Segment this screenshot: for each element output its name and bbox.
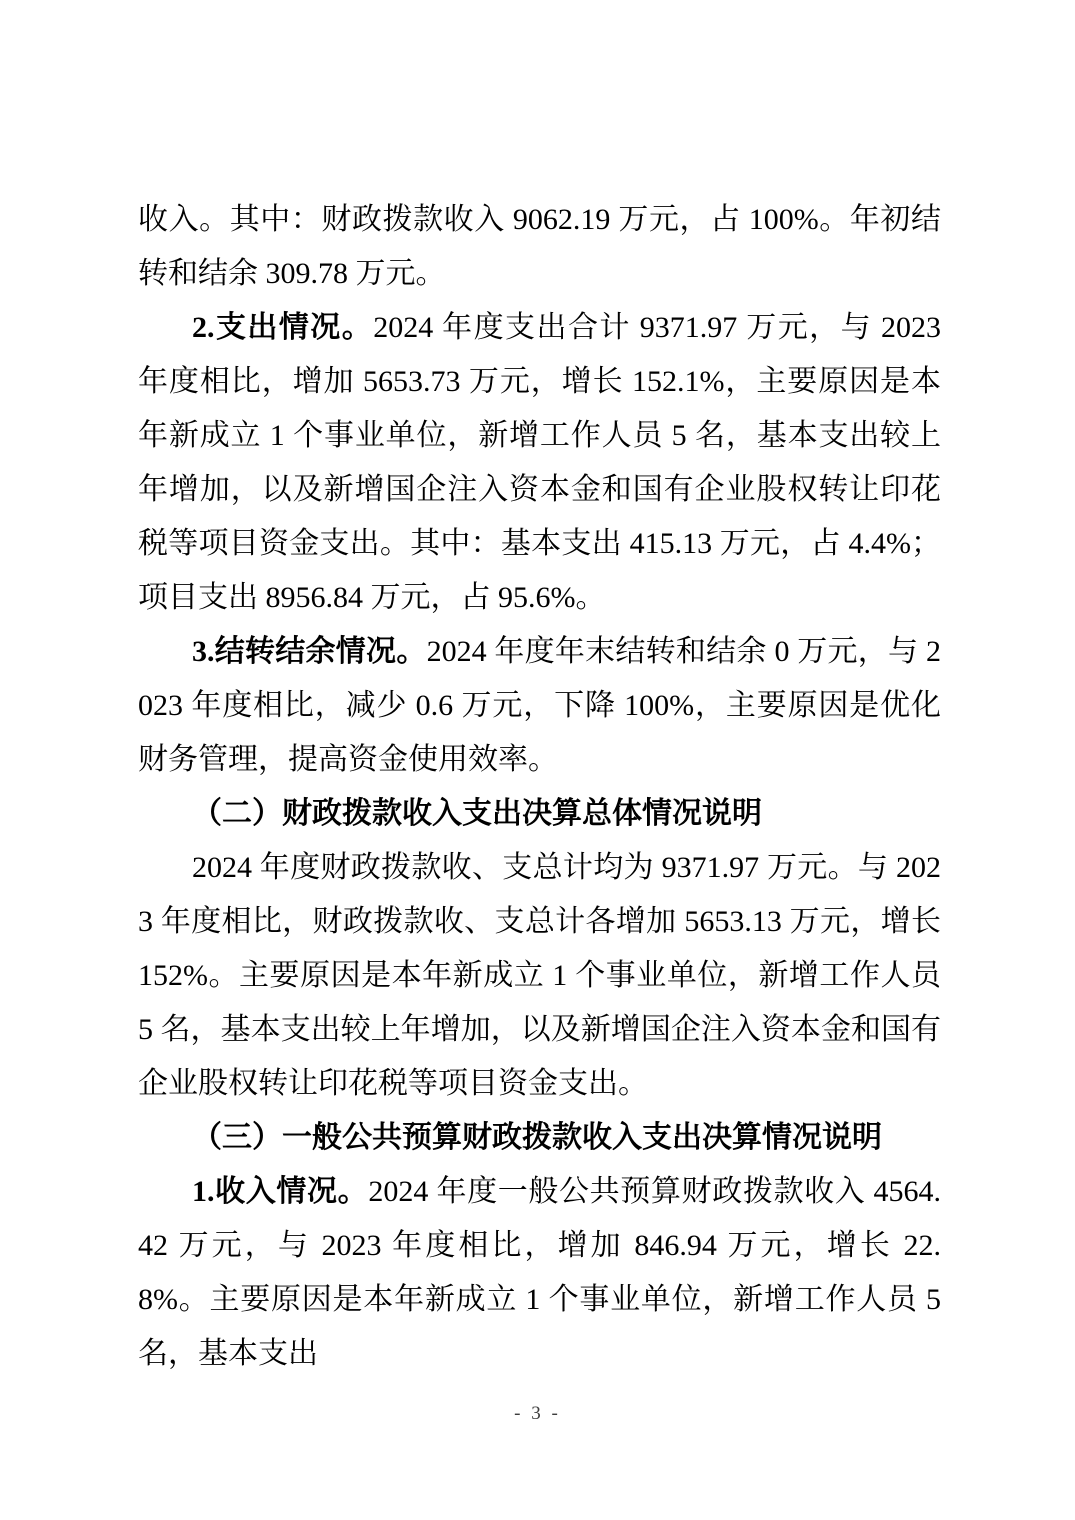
document-page: 收入。其中：财政拨款收入 9062.19 万元，占 100%。年初结转和结余 3… — [0, 0, 1075, 1520]
bold-text-run: 3.结转结余情况。 — [192, 635, 427, 668]
text-run: 收入。其中：财政拨款收入 9062.19 万元，占 100%。年初结转和结余 3… — [138, 203, 941, 290]
bold-text-run: （二）财政拨款收入支出决算总体情况说明 — [192, 797, 762, 830]
bold-text-run: 2.支出情况。 — [192, 311, 373, 344]
document-body: 收入。其中：财政拨款收入 9062.19 万元，占 100%。年初结转和结余 3… — [138, 193, 941, 1381]
heading-section-three: （三）一般公共预算财政拨款收入支出决算情况说明 — [138, 1111, 941, 1165]
bold-text-run: 1.收入情况。 — [192, 1175, 368, 1208]
text-run: 2024 年度财政拨款收、支总计均为 9371.97 万元。与 2023 年度相… — [138, 851, 941, 1100]
para-carryforward-balance: 3.结转结余情况。2024 年度年末结转和结余 0 万元，与 2023 年度相比… — [138, 625, 941, 787]
para-income-carryover: 收入。其中：财政拨款收入 9062.19 万元，占 100%。年初结转和结余 3… — [138, 193, 941, 301]
heading-section-two: （二）财政拨款收入支出决算总体情况说明 — [138, 787, 941, 841]
text-run: 2024 年度支出合计 9371.97 万元，与 2023 年度相比，增加 56… — [138, 311, 941, 614]
para-expenditure-situation: 2.支出情况。2024 年度支出合计 9371.97 万元，与 2023 年度相… — [138, 301, 941, 625]
page-number: - 3 - — [0, 1403, 1075, 1425]
para-general-budget-income: 1.收入情况。2024 年度一般公共预算财政拨款收入 4564.42 万元，与 … — [138, 1165, 941, 1381]
para-fiscal-appropriation-total: 2024 年度财政拨款收、支总计均为 9371.97 万元。与 2023 年度相… — [138, 841, 941, 1111]
bold-text-run: （三）一般公共预算财政拨款收入支出决算情况说明 — [192, 1121, 882, 1154]
